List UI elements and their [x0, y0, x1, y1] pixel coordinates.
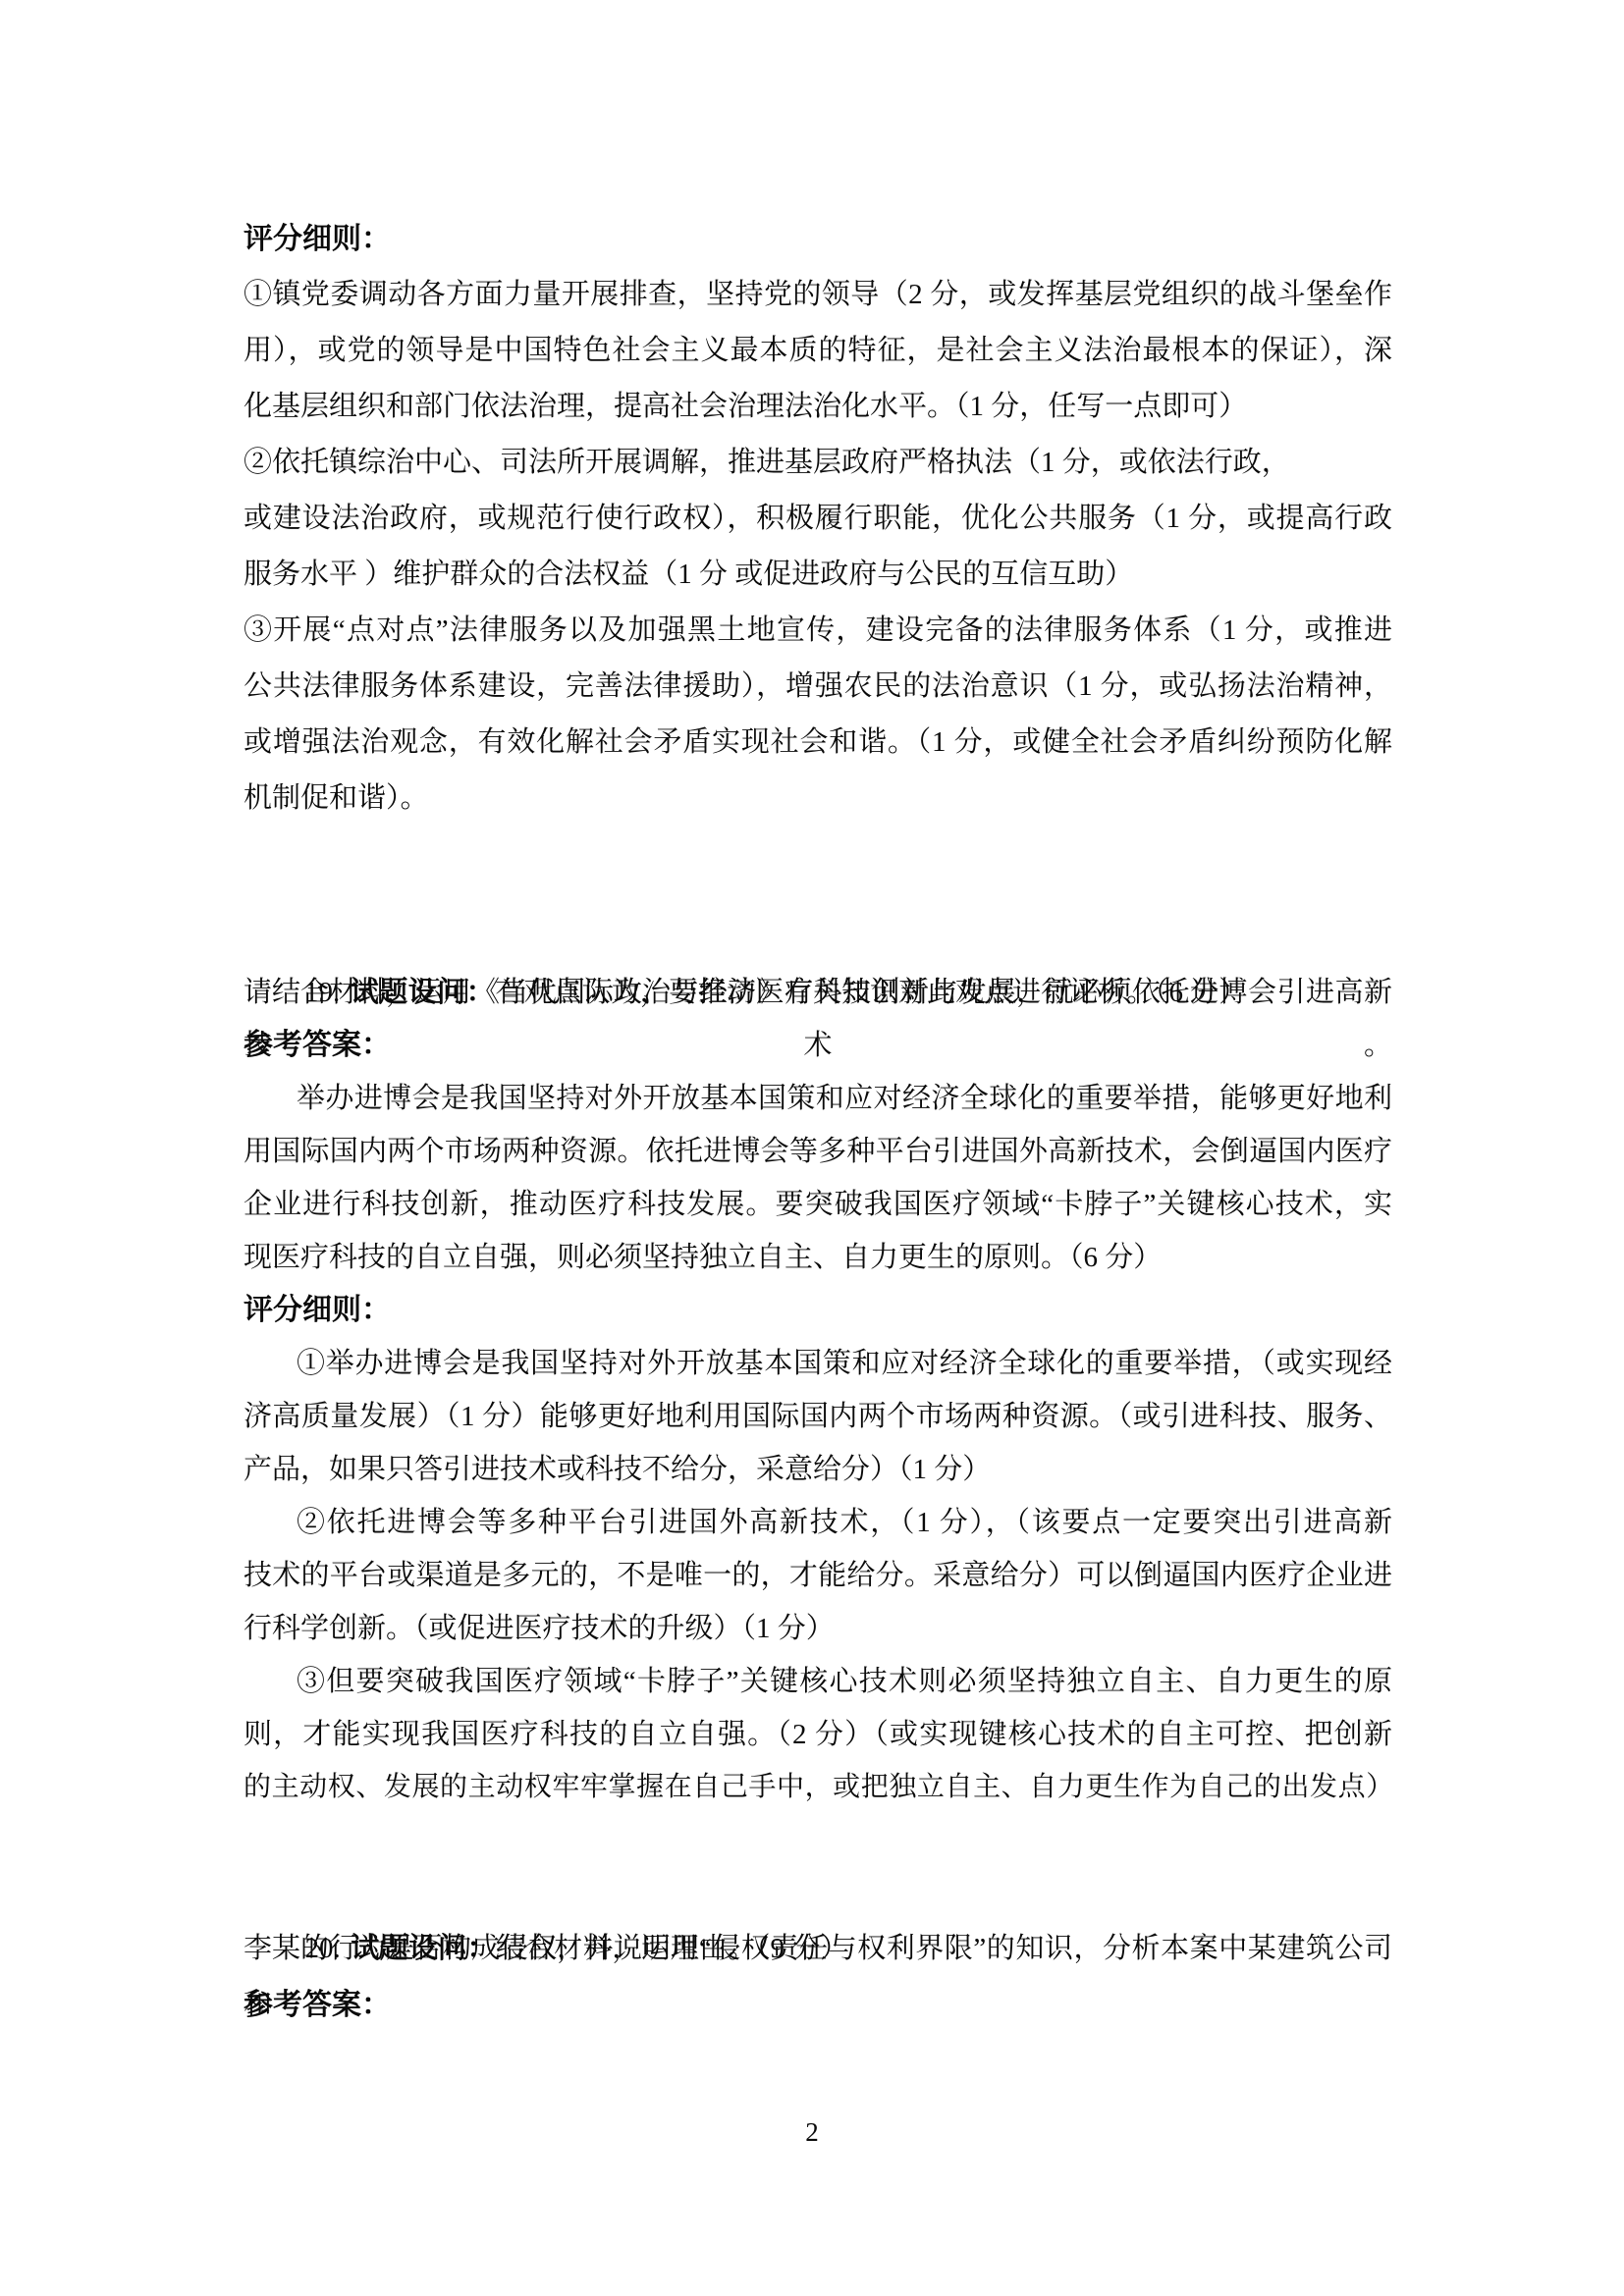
question-20-line: 20.试题设问：结合材料，运用“侵权责任与权利界限”的知识，分析本案中某建筑公司…	[244, 1865, 1392, 1921]
rubric-line: 公共法律服务体系建设，完善法律援助），增强农民的法治意识（1 分，或弘扬法治精神…	[244, 659, 1392, 715]
rubric-line: ①举办进博会是我国坚持对外开放基本国策和应对经济全球化的重要举措，（或实现经	[244, 1337, 1392, 1390]
page-content: 评分细则： ①镇党委调动各方面力量开展排查，坚持党的领导（2 分，或发挥基层党组…	[244, 211, 1392, 2033]
page-number: 2	[0, 2112, 1624, 2152]
rubric-line: 机制促和谐）。	[244, 771, 1392, 827]
rubric-heading: 评分细则：	[244, 1284, 1392, 1337]
rubric-line: 则，才能实现我国医疗科技的自立自强。（2 分）（或实现键核心技术的自主可控、把创…	[244, 1708, 1392, 1761]
rubric-line: 行科学创新。（或促进医疗技术的升级）（1 分）	[244, 1602, 1392, 1655]
q19-block: 19.试题设问：有观点认为，要推动医疗科技创新与发展，就必须依托进博会引进高新技…	[244, 913, 1392, 1814]
q18-rubric-block: 评分细则： ①镇党委调动各方面力量开展排查，坚持党的领导（2 分，或发挥基层党组…	[244, 211, 1392, 827]
rubric-line: 产品，如果只答引进技术或科技不给分，采意给分）（1 分）	[244, 1443, 1392, 1496]
question-19-line: 19.试题设问：有观点认为，要推动医疗科技创新与发展，就必须依托进博会引进高新技…	[244, 913, 1392, 966]
rubric-line: 技术的平台或渠道是多元的，不是唯一的，才能给分。采意给分）可以倒逼国内医疗企业进	[244, 1549, 1392, 1602]
rubric-line: 或建设法治政府，或规范行使行政权），积极履行职能，优化公共服务（1 分，或提高行…	[244, 491, 1392, 547]
rubric-line: 服务水平 ）维护群众的合法权益（1 分 或促进政府与公民的互信互助）	[244, 547, 1392, 603]
document-page: 评分细则： ①镇党委调动各方面力量开展排查，坚持党的领导（2 分，或发挥基层党组…	[0, 0, 1624, 2296]
rubric-line: ③开展“点对点”法律服务以及加强黑土地宣传，建设完备的法律服务体系（1 分，或推…	[244, 603, 1392, 659]
rubric-heading: 评分细则：	[244, 211, 1392, 267]
rubric-line: ②依托镇综治中心、司法所开展调解，推进基层政府严格执法（1 分，或依法行政，	[244, 435, 1392, 491]
rubric-line: 用），或党的领导是中国特色社会主义最本质的特征，是社会主义法治最根本的保证），深	[244, 323, 1392, 379]
q20-block: 20.试题设问：结合材料，运用“侵权责任与权利界限”的知识，分析本案中某建筑公司…	[244, 1865, 1392, 2033]
rubric-line: 化基层组织和部门依法治理，提高社会治理法治化水平。（1 分，任写一点即可）	[244, 379, 1392, 435]
rubric-line: ③但要突破我国医疗领域“卡脖子”关键核心技术则必须坚持独立自主、自力更生的原	[244, 1655, 1392, 1708]
rubric-line: 或增强法治观念，有效化解社会矛盾实现社会和谐。（1 分，或健全社会矛盾纠纷预防化…	[244, 715, 1392, 771]
answer-line: 企业进行科技创新，推动医疗科技发展。要突破我国医疗领域“卡脖子”关键核心技术，实	[244, 1178, 1392, 1231]
rubric-line: 的主动权、发展的主动权牢牢掌握在自己手中，或把独立自主、自力更生作为自己的出发点…	[244, 1761, 1392, 1814]
rubric-line: ②依托进博会等多种平台引进国外高新技术，（1 分），（该要点一定要突出引进高新	[244, 1496, 1392, 1549]
rubric-line: 济高质量发展）（1 分）能够更好地利用国际国内两个市场两种资源。（或引进科技、服…	[244, 1390, 1392, 1443]
answer-heading: 参考答案：	[244, 1977, 1392, 2033]
answer-line: 现医疗科技的自立自强，则必须坚持独立自主、自力更生的原则。（6 分）	[244, 1231, 1392, 1284]
rubric-line: ①镇党委调动各方面力量开展排查，坚持党的领导（2 分，或发挥基层党组织的战斗堡垒…	[244, 267, 1392, 323]
answer-line: 用国际国内两个市场两种资源。依托进博会等多种平台引进国外高新技术，会倒逼国内医疗	[244, 1125, 1392, 1178]
answer-line: 举办进博会是我国坚持对外开放基本国策和应对经济全球化的重要举措，能够更好地利	[244, 1072, 1392, 1125]
question-text-line2: 请结合材料，运用《当代国际政治与经济》有关知识对此观点进行评析。（6 分）	[244, 966, 1392, 1019]
